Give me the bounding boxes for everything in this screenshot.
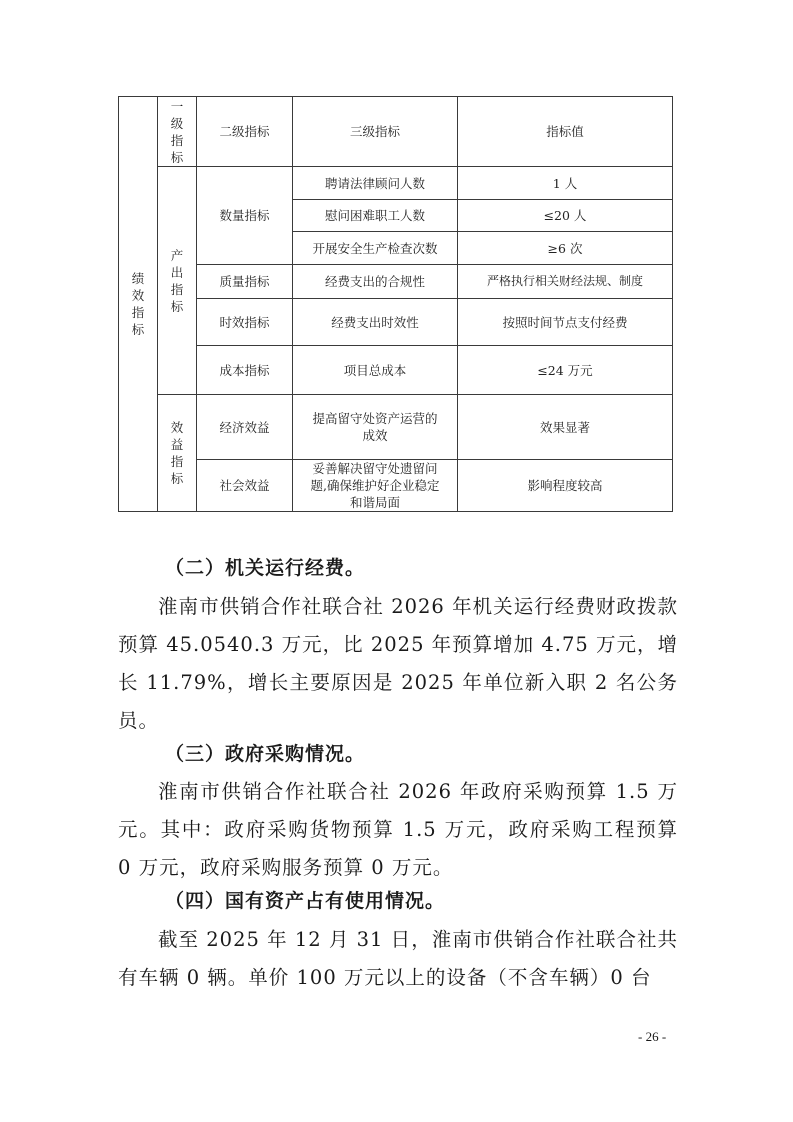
level2-timeliness: 时效指标 xyxy=(197,299,293,346)
level3-cell: 经费支出时效性 xyxy=(293,299,458,346)
level2-social: 社会效益 xyxy=(197,460,293,512)
section-heading-procurement: （三）政府采购情况。 xyxy=(165,739,365,766)
table-header-row: 绩效指标 一级指标 二级指标 三级指标 指标值 xyxy=(119,97,673,167)
outer-level1-cell: 绩效指标 xyxy=(119,97,158,512)
group-output-level1: 产出指标 xyxy=(158,167,197,395)
level2-quantity: 数量指标 xyxy=(197,167,293,265)
group-output-label: 产出指标 xyxy=(166,247,188,315)
table-row: 质量指标 经费支出的合规性 严格执行相关财经法规、制度 xyxy=(119,265,673,299)
level3-cell: 妥善解决留守处遗留问题,确保维护好企业稳定和谐局面 xyxy=(293,460,458,512)
table-row: 成本指标 项目总成本 ≤24 万元 xyxy=(119,346,673,395)
value-cell: ≤20 人 xyxy=(458,200,673,232)
section-paragraph-state-assets: 截至 2025 年 12 月 31 日，淮南市供销合作社联合社共有车辆 0 辆。… xyxy=(118,921,678,997)
value-cell: ≥6 次 xyxy=(458,232,673,265)
header-level1-label: 一级指标 xyxy=(166,98,188,166)
group-benefit-label: 效益指标 xyxy=(166,419,188,487)
performance-indicator-table: 绩效指标 一级指标 二级指标 三级指标 指标值 产出指标 数量指标 聘请法律顾问… xyxy=(118,96,673,512)
section-paragraph-procurement: 淮南市供销合作社联合社 2026 年政府采购预算 1.5 万元。其中：政府采购货… xyxy=(118,773,678,887)
value-cell: 严格执行相关财经法规、制度 xyxy=(458,265,673,299)
level3-cell: 经费支出的合规性 xyxy=(293,265,458,299)
level3-cell: 开展安全生产检查次数 xyxy=(293,232,458,265)
header-value: 指标值 xyxy=(458,97,673,167)
header-level2: 二级指标 xyxy=(197,97,293,167)
document-page: 绩效指标 一级指标 二级指标 三级指标 指标值 产出指标 数量指标 聘请法律顾问… xyxy=(0,0,793,1122)
header-level1: 一级指标 xyxy=(158,97,197,167)
section-heading-state-assets: （四）国有资产占有使用情况。 xyxy=(165,886,445,913)
table-row: 产出指标 数量指标 聘请法律顾问人数 1 人 xyxy=(119,167,673,200)
level3-cell: 项目总成本 xyxy=(293,346,458,395)
table-row: 社会效益 妥善解决留守处遗留问题,确保维护好企业稳定和谐局面 影响程度较高 xyxy=(119,460,673,512)
level2-quality: 质量指标 xyxy=(197,265,293,299)
section-heading-operating-funds: （二）机关运行经费。 xyxy=(165,553,365,580)
page-number: - 26 - xyxy=(638,1029,666,1045)
level2-economic: 经济效益 xyxy=(197,395,293,460)
level2-cost: 成本指标 xyxy=(197,346,293,395)
value-cell: 影响程度较高 xyxy=(458,460,673,512)
level3-cell: 聘请法律顾问人数 xyxy=(293,167,458,200)
header-level3: 三级指标 xyxy=(293,97,458,167)
value-cell: 1 人 xyxy=(458,167,673,200)
level3-cell: 提高留守处资产运营的成效 xyxy=(293,395,458,460)
table-row: 时效指标 经费支出时效性 按照时间节点支付经费 xyxy=(119,299,673,346)
value-cell: ≤24 万元 xyxy=(458,346,673,395)
section-paragraph-operating-funds: 淮南市供销合作社联合社 2026 年机关运行经费财政拨款预算 45.0540.3… xyxy=(118,588,678,740)
value-cell: 按照时间节点支付经费 xyxy=(458,299,673,346)
table-row: 效益指标 经济效益 提高留守处资产运营的成效 效果显著 xyxy=(119,395,673,460)
group-benefit-level1: 效益指标 xyxy=(158,395,197,512)
value-cell: 效果显著 xyxy=(458,395,673,460)
outer-level1-label: 绩效指标 xyxy=(127,270,149,338)
level3-cell: 慰问困难职工人数 xyxy=(293,200,458,232)
